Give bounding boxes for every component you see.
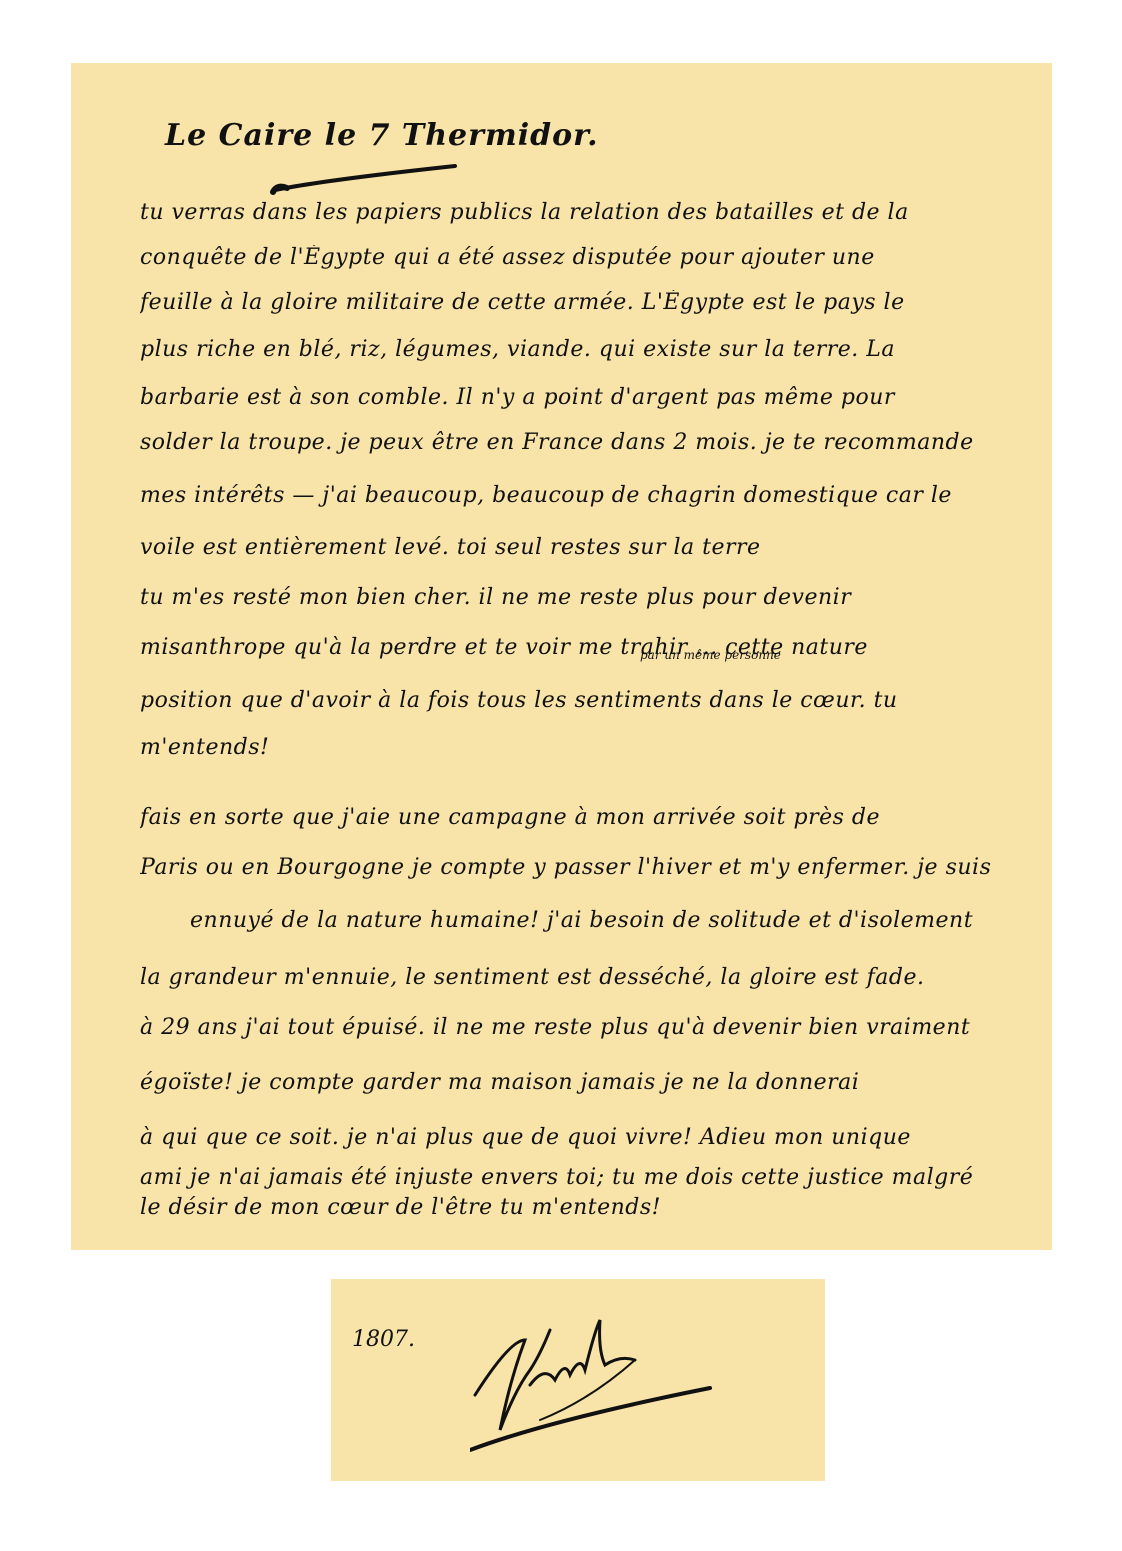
letter-line: le désir de mon cœur de l'être tu m'ente…: [140, 1195, 1020, 1220]
letter-line: feuille à la gloire militaire de cette a…: [140, 290, 1020, 315]
letter-line: à 29 ans j'ai tout épuisé. il ne me rest…: [140, 1015, 1020, 1040]
letter-line: barbarie est à son comble. Il n'y a poin…: [140, 385, 1020, 410]
letter-line: ami je n'ai jamais été injuste envers to…: [140, 1165, 1020, 1190]
letter-line: Paris ou en Bourgogne je compte y passer…: [140, 855, 1020, 880]
interlinear-note: par un même personne: [640, 648, 781, 662]
letter-line: position que d'avoir à la fois tous les …: [140, 688, 1020, 713]
letter-line: mes intérêts — j'ai beaucoup, beaucoup d…: [140, 483, 1020, 508]
letter-line: solder la troupe. je peux être en France…: [140, 430, 1020, 455]
letter-line: misanthrope qu'à la perdre et te voir me…: [140, 635, 1020, 660]
letter-line: tu m'es resté mon bien cher. il ne me re…: [140, 585, 1020, 610]
letter-line: conquête de l'Égypte qui a été assez dis…: [140, 245, 1020, 270]
letter-line: la grandeur m'ennuie, le sentiment est d…: [140, 965, 1020, 990]
letter-line: ennuyé de la nature humaine! j'ai besoin…: [190, 908, 1070, 933]
letter-heading: Le Caire le 7 Thermidor.: [165, 118, 599, 153]
letter-line: tu verras dans les papiers publics la re…: [140, 200, 1020, 225]
letter-line: plus riche en blé, riz, légumes, viande.…: [140, 337, 1020, 362]
letter-line: fais en sorte que j'aie une campagne à m…: [140, 805, 1020, 830]
signature-flourish: Napoléon (signature flourish): [470, 1310, 730, 1460]
letter-line: égoïste! je compte garder ma maison jama…: [140, 1070, 1020, 1095]
letter-line: à qui que ce soit. je n'ai plus que de q…: [140, 1125, 1020, 1150]
letter-line: m'entends!: [140, 735, 1020, 760]
letter-line: voile est entièrement levé. toi seul res…: [140, 535, 1020, 560]
heading-underline-flourish: [265, 158, 465, 198]
signature-year: 1807.: [352, 1327, 415, 1352]
